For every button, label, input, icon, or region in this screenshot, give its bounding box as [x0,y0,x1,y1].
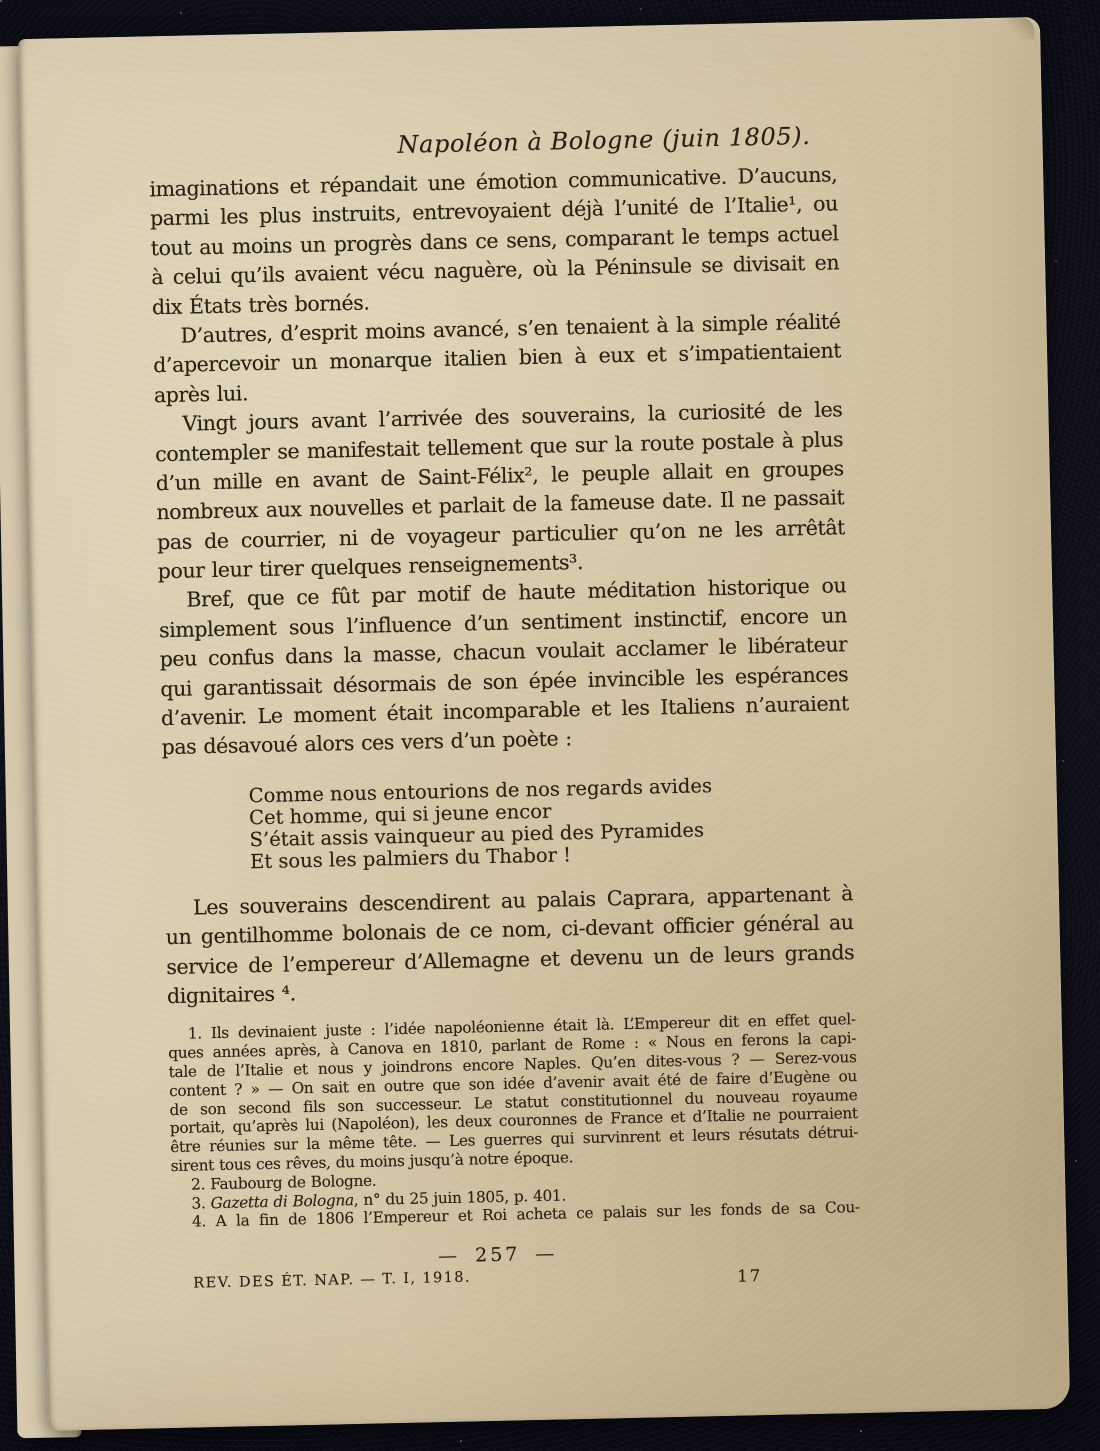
body-text: imaginations et répandait une émotion co… [149,160,850,763]
book-page: Napoléon à Bologne (juin 1805). imaginat… [18,17,1070,1431]
page-number: — 257 — [173,1237,823,1273]
text-column: Napoléon à Bologne (juin 1805). imaginat… [146,21,860,1232]
printer-signature-mark: 17 [737,1266,762,1286]
running-head: Napoléon à Bologne (juin 1805). [148,120,836,165]
footnote-3-marker: 3. [191,1194,210,1212]
poem-block: Comme nous entourions de nos regards avi… [248,772,852,873]
dust-specks [0,0,2,2]
footnote-3-journal-title: Gazetta di Bologna [210,1191,354,1212]
journal-volume-line: REV. DES ÉT. NAP. — T. I, 1918. [193,1270,471,1292]
footnote-lines: 1. Ils devinaient juste : l’idée napoléo… [168,1010,860,1194]
footnotes: 1. Ils devinaient juste : l’idée napoléo… [168,1010,860,1232]
closing-paragraph: Les souverains descendirent au palais Ca… [165,879,855,1012]
